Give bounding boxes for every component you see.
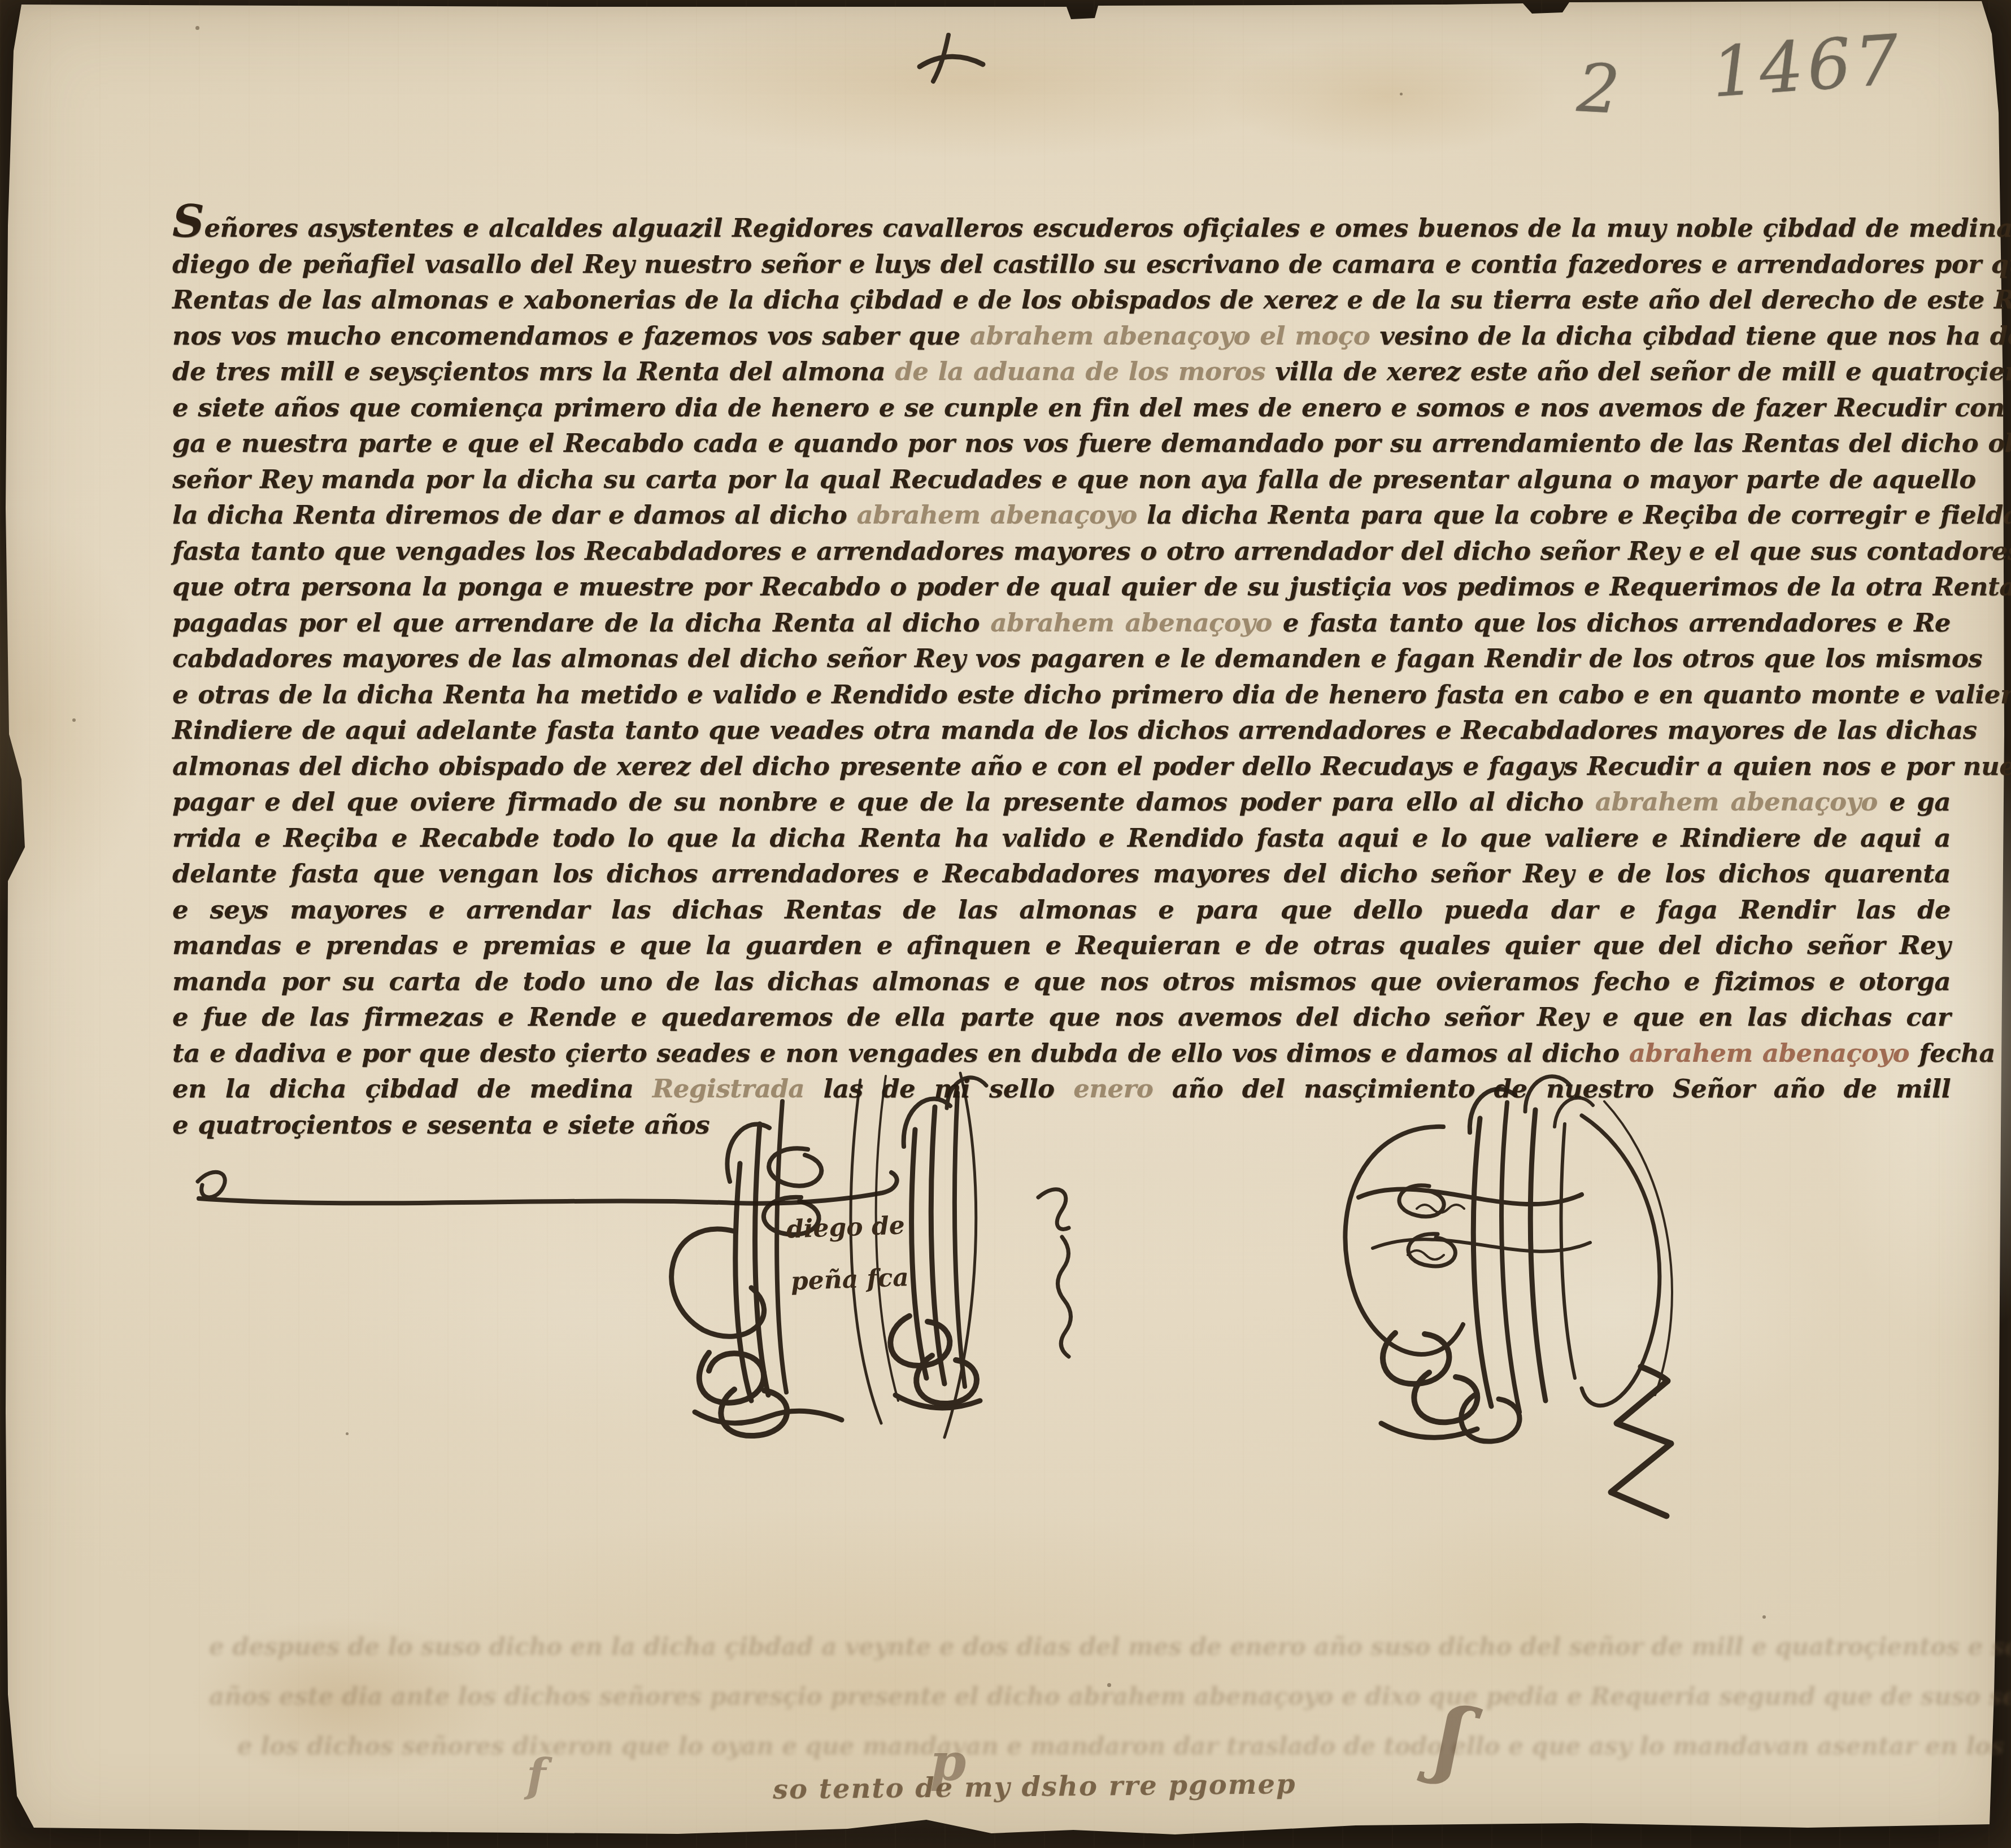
manuscript-text-segment: vesino de la dicha çibdad tiene que nos … [1370, 321, 2011, 351]
manuscript-text-segment: manda por su carta de todo uno de las di… [172, 966, 1951, 996]
faded-note-line: e despues de lo suso dicho en la dicha ç… [209, 1622, 1938, 1672]
manuscript-text-segment: fecha [1909, 1038, 1995, 1068]
manuscript-line: e quatroçientos e sesenta e siete años [172, 1107, 1951, 1143]
manuscript-text-segment: Registrada [652, 1074, 804, 1104]
manuscript-text-segment: abrahem abenaçoyo el moço [970, 321, 1370, 351]
manuscript-line: cabdadores mayores de las almonas del di… [172, 640, 1951, 677]
signature-name-line2: peña fca [790, 1263, 909, 1296]
manuscript-line: mandas e prendas e premias e que la guar… [172, 927, 1951, 964]
manuscript-text-segment: año del nasçimiento de nuestro Señor año… [1153, 1074, 1951, 1104]
manuscript-line: Rindiere de aqui adelante fasta tanto qu… [172, 712, 1951, 748]
manuscript-text-segment: almonas del dicho obispado de xerez del … [172, 751, 2011, 781]
manuscript-text-segment: e fasta tanto que los dichos arrendadore… [1272, 608, 1951, 638]
manuscript-line: manda por su carta de todo uno de las di… [172, 964, 1951, 1000]
manuscript-text-segment: pagadas por el que arrendare de la dicha… [172, 608, 990, 638]
manuscript-text-segment: cabdadores mayores de las almonas del di… [172, 643, 1982, 673]
pencil-folio-number: 2 [1575, 49, 1621, 129]
ink-speck [72, 718, 76, 722]
manuscript-line: fasta tanto que vengades los Recabdadore… [172, 533, 1951, 569]
ink-speck [1762, 1615, 1766, 1619]
manuscript-text-segment: las de mi sello [804, 1074, 1073, 1104]
faded-note-line: años este dia ante los dichos señores pa… [209, 1672, 1938, 1721]
manuscript-text-segment: Señores asystentes e alcaldes alguazil R… [172, 213, 2011, 243]
manuscript-text-block: Señores asystentes e alcaldes alguazil R… [172, 210, 1951, 1143]
docket-line: so tento de my dsho rre pgomep [773, 1768, 1296, 1806]
manuscript-line: almonas del dicho obispado de xerez del … [172, 748, 1951, 784]
manuscript-text-segment: pagar e del que oviere firmado de su non… [172, 787, 1595, 817]
manuscript-line: e siete años que comiença primero dia de… [172, 390, 1951, 426]
manuscript-line: e otras de la dicha Renta ha metido e va… [172, 677, 1951, 713]
signature-name-line1: diego de [786, 1211, 905, 1244]
manuscript-text-segment: abrahem abenaçoyo [1629, 1038, 1909, 1068]
manuscript-text-segment: rrida e Reçiba e Recabde todo lo que la … [172, 823, 1951, 853]
ink-speck [1400, 93, 1403, 95]
manuscript-text-segment: la dicha Renta para que la cobre e Reçib… [1137, 500, 2011, 530]
manuscript-text-segment: en la dicha çibdad de medina [172, 1074, 652, 1104]
manuscript-text-segment: e ga [1878, 787, 1951, 817]
manuscript-line: e seys mayores e arrendar las dichas Ren… [172, 892, 1951, 928]
manuscript-line: nos vos mucho encomendamos e fazemos vos… [172, 318, 1951, 354]
manuscript-text-segment: diego de peñafiel vasallo del Rey nuestr… [172, 249, 2011, 279]
manuscript-text-segment: nos vos mucho encomendamos e fazemos vos… [172, 321, 970, 351]
manuscript-line: Rentas de las almonas e xabonerias de la… [172, 282, 1951, 318]
manuscript-text-segment: que otra persona la ponga e muestre por … [172, 572, 2011, 602]
ink-speck [195, 26, 199, 30]
ink-speck [346, 1432, 349, 1435]
ghost-ink-mark: f [526, 1749, 546, 1802]
manuscript-line: la dicha Renta diremos de dar e damos al… [172, 497, 1951, 533]
manuscript-line: ga e nuestra parte e que el Recabdo cada… [172, 425, 1951, 461]
manuscript-text-segment: fasta tanto que vengades los Recabdadore… [172, 536, 2011, 566]
manuscript-text-segment: e otras de la dicha Renta ha metido e va… [172, 679, 2011, 709]
faded-note-line: e los dichos señores dixeron que lo oyan… [237, 1721, 1875, 1771]
manuscript-text-segment: abrahem abenaçoyo [990, 608, 1272, 638]
scanned-manuscript-photo: { "page": { "width": 3560, "height": 327… [0, 0, 2011, 1848]
manuscript-line: Señores asystentes e alcaldes alguazil R… [172, 210, 1951, 246]
manuscript-text-segment: señor Rey manda por la dicha su carta po… [172, 464, 1976, 494]
manuscript-text-segment: abrahem abenaçoyo [1595, 787, 1878, 817]
manuscript-line: ta e dadiva e por que desto çierto seade… [172, 1035, 1951, 1071]
manuscript-text-segment: mandas e prendas e premias e que la guar… [172, 930, 1951, 960]
manuscript-line: de tres mill e seysçientos mrs la Renta … [172, 354, 1951, 390]
manuscript-line: diego de peñafiel vasallo del Rey nuestr… [172, 246, 1951, 282]
manuscript-line: e fue de las firmezas e Rende e quedarem… [172, 999, 1951, 1035]
manuscript-text-segment: ta e dadiva e por que desto çierto seade… [172, 1038, 1629, 1068]
manuscript-line: que otra persona la ponga e muestre por … [172, 569, 1951, 605]
pencil-year-annotation: 1467 [1709, 19, 1905, 112]
manuscript-line: rrida e Reçiba e Recabde todo lo que la … [172, 820, 1951, 856]
manuscript-text-segment: de tres mill e seysçientos mrs la Renta … [172, 356, 895, 386]
manuscript-line: pagar e del que oviere firmado de su non… [172, 784, 1951, 820]
manuscript-text-segment: ga e nuestra parte e que el Recabdo cada… [172, 428, 2011, 458]
manuscript-text-segment: e siete años que comiença primero dia de… [172, 393, 2011, 422]
manuscript-text-segment: de la aduana de los moros [895, 356, 1265, 386]
manuscript-line: pagadas por el que arrendare de la dicha… [172, 605, 1951, 641]
manuscript-text-segment: e quatroçientos e sesenta e siete años [172, 1110, 709, 1140]
manuscript-text-segment: e seys mayores e arrendar las dichas Ren… [172, 895, 1951, 925]
manuscript-text-segment: enero [1073, 1074, 1153, 1104]
manuscript-text-segment: la dicha Renta diremos de dar e damos al… [172, 500, 856, 530]
manuscript-text-segment: abrahem abenaçoyo [856, 500, 1137, 530]
manuscript-text-segment: villa de xerez este año del señor de mil… [1265, 356, 2011, 386]
manuscript-text-segment: delante fasta que vengan los dichos arre… [172, 858, 1951, 888]
manuscript-text-segment: e fue de las firmezas e Rende e quedarem… [172, 1002, 1951, 1032]
manuscript-text-segment: Rindiere de aqui adelante fasta tanto qu… [172, 715, 1977, 745]
manuscript-line: señor Rey manda por la dicha su carta po… [172, 461, 1951, 498]
manuscript-text-segment: Rentas de las almonas e xabonerias de la… [172, 285, 2011, 315]
manuscript-line: delante fasta que vengan los dichos arre… [172, 856, 1951, 892]
manuscript-line: en la dicha çibdad de medina Registrada … [172, 1071, 1951, 1107]
